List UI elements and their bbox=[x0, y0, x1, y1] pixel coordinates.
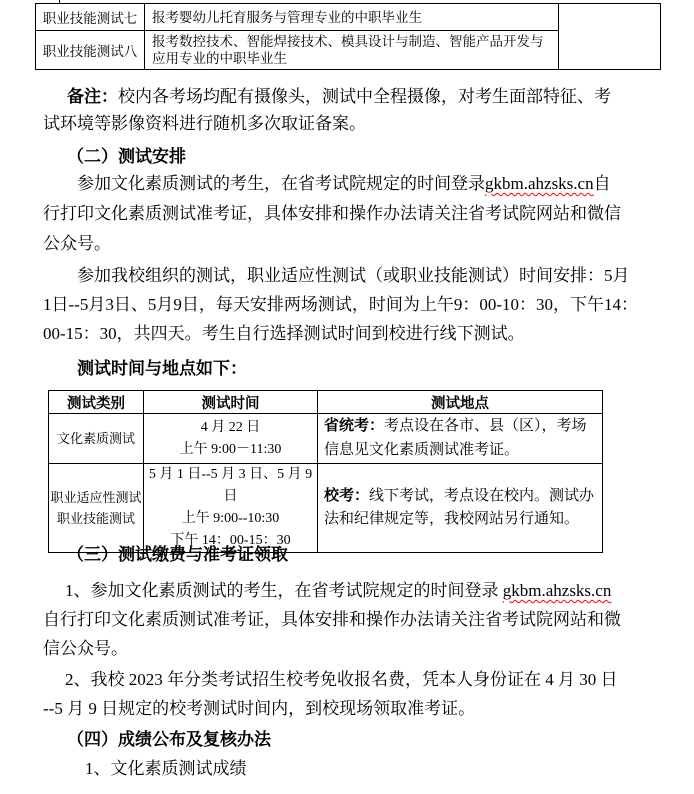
paragraph-line: 1日--5月3日、5月9日，每天安排两场测试，时间为上午9：00-10：30，下… bbox=[43, 290, 625, 319]
skill-test-8-desc: 报考数控技术、智能焊接技术、模具设计与制造、智能产品开发与应用专业的中职毕业生 bbox=[145, 31, 559, 70]
school-test-paragraph: 参加我校组织的测试，职业适应性测试（或职业技能测试）时间安排：5月 1日--5月… bbox=[43, 261, 625, 348]
empty-merged-cell bbox=[559, 4, 661, 70]
document-page: 职业技能测试七 报考婴幼儿托育服务与管理专业的中职毕业生 职业技能测试八 报考数… bbox=[0, 0, 694, 794]
score-item-1: 1、文化素质测试成绩 bbox=[43, 756, 625, 782]
exam-site-url: gkbm.ahzsks.cn bbox=[485, 174, 594, 193]
paragraph-line: 公众号。 bbox=[43, 229, 625, 259]
section3-heading: （三）测试缴费与准考证领取 bbox=[43, 542, 649, 568]
paragraph-line: 自行打印文化素质测试准考证，具体安排和操作办法请关注省考试院网站和微 bbox=[43, 605, 625, 634]
paragraph-line: 参加文化素质测试的考生，在省考试院规定的时间登录gkbm.ahzsks.cn自 bbox=[43, 169, 625, 199]
paragraph-line: 1、参加文化素质测试的考生，在省考试院规定的时间登录 gkbm.ahzsks.c… bbox=[43, 576, 625, 605]
category-cell: 文化素质测试 bbox=[49, 414, 144, 464]
remark-paragraph: 备注：校内各考场均配有摄像头，测试中全程摄像，对考生面部特征、考 试环境等影像资… bbox=[43, 83, 625, 137]
location-cell: 校考：线下考试，考点设在校内。测试办法和纪律规定等，我校网站另行通知。 bbox=[318, 464, 603, 553]
paragraph-line: 00-15：30，共四天。考生自行选择测试时间到校进行线下测试。 bbox=[43, 319, 625, 348]
skill-test-8-name: 职业技能测试八 bbox=[36, 31, 145, 70]
schedule-header-row: 测试类别 测试时间 测试地点 bbox=[49, 391, 603, 414]
schedule-row-vocational: 职业适应性测试 职业技能测试 5 月 1 日--5 月 3 日、5 月 9 日 … bbox=[49, 464, 603, 553]
header-test-category: 测试类别 bbox=[49, 391, 144, 414]
exam-site-url: gkbm.ahzsks.cn bbox=[503, 581, 612, 600]
table-row: 职业技能测试七 报考婴幼儿托育服务与管理专业的中职毕业生 bbox=[36, 4, 661, 31]
remark-line: 试环境等影像资料进行随机多次取证备案。 bbox=[43, 110, 625, 137]
fee-paragraph-2: 2、我校 2023 年分类考试招生校考免收报名费，凭本人身份证在 4 月 30 … bbox=[43, 665, 625, 723]
header-test-time: 测试时间 bbox=[144, 391, 318, 414]
skill-test-7-name: 职业技能测试七 bbox=[36, 4, 145, 31]
time-cell: 4 月 22 日 上午 9:00－11:30 bbox=[144, 414, 318, 464]
paragraph-line: 参加我校组织的测试，职业适应性测试（或职业技能测试）时间安排：5月 bbox=[43, 261, 625, 290]
paragraph-line: 2、我校 2023 年分类考试招生校考免收报名费，凭本人身份证在 4 月 30 … bbox=[43, 665, 625, 694]
paragraph-line: 信公众号。 bbox=[43, 634, 625, 663]
remark-label: 备注： bbox=[67, 87, 118, 106]
paragraph-line: 行打印文化素质测试准考证，具体安排和操作办法请关注省考试院网站和微信 bbox=[43, 199, 625, 229]
schedule-row-culture: 文化素质测试 4 月 22 日 上午 9:00－11:30 省统考：考点设在各市… bbox=[49, 414, 603, 464]
section2-heading: （二）测试安排 bbox=[43, 144, 649, 170]
paragraph-line: --5 月 9 日规定的校考测试时间内，到校现场领取准考证。 bbox=[43, 694, 625, 723]
category-cell: 职业适应性测试 职业技能测试 bbox=[49, 464, 144, 553]
skill-test-table: 职业技能测试七 报考婴幼儿托育服务与管理专业的中职毕业生 职业技能测试八 报考数… bbox=[35, 3, 661, 70]
schedule-table: 测试类别 测试时间 测试地点 文化素质测试 4 月 22 日 上午 9:00－1… bbox=[48, 390, 603, 553]
schedule-lead: 测试时间与地点如下： bbox=[43, 356, 659, 382]
location-label: 校考： bbox=[324, 488, 369, 504]
section4-heading: （四）成绩公布及复核办法 bbox=[43, 727, 649, 753]
remark-line: 备注：校内各考场均配有摄像头，测试中全程摄像，对考生面部特征、考 bbox=[43, 83, 625, 110]
time-cell: 5 月 1 日--5 月 3 日、5 月 9 日 上午 9:00--10:30 … bbox=[144, 464, 318, 553]
skill-test-7-desc: 报考婴幼儿托育服务与管理专业的中职毕业生 bbox=[145, 4, 559, 31]
location-label: 省统考： bbox=[324, 418, 384, 434]
fee-paragraph-1: 1、参加文化素质测试的考生，在省考试院规定的时间登录 gkbm.ahzsks.c… bbox=[43, 576, 625, 663]
culture-test-paragraph: 参加文化素质测试的考生，在省考试院规定的时间登录gkbm.ahzsks.cn自 … bbox=[43, 169, 625, 259]
header-test-location: 测试地点 bbox=[318, 391, 603, 414]
location-cell: 省统考：考点设在各市、县（区），考场信息见文化素质测试准考证。 bbox=[318, 414, 603, 464]
